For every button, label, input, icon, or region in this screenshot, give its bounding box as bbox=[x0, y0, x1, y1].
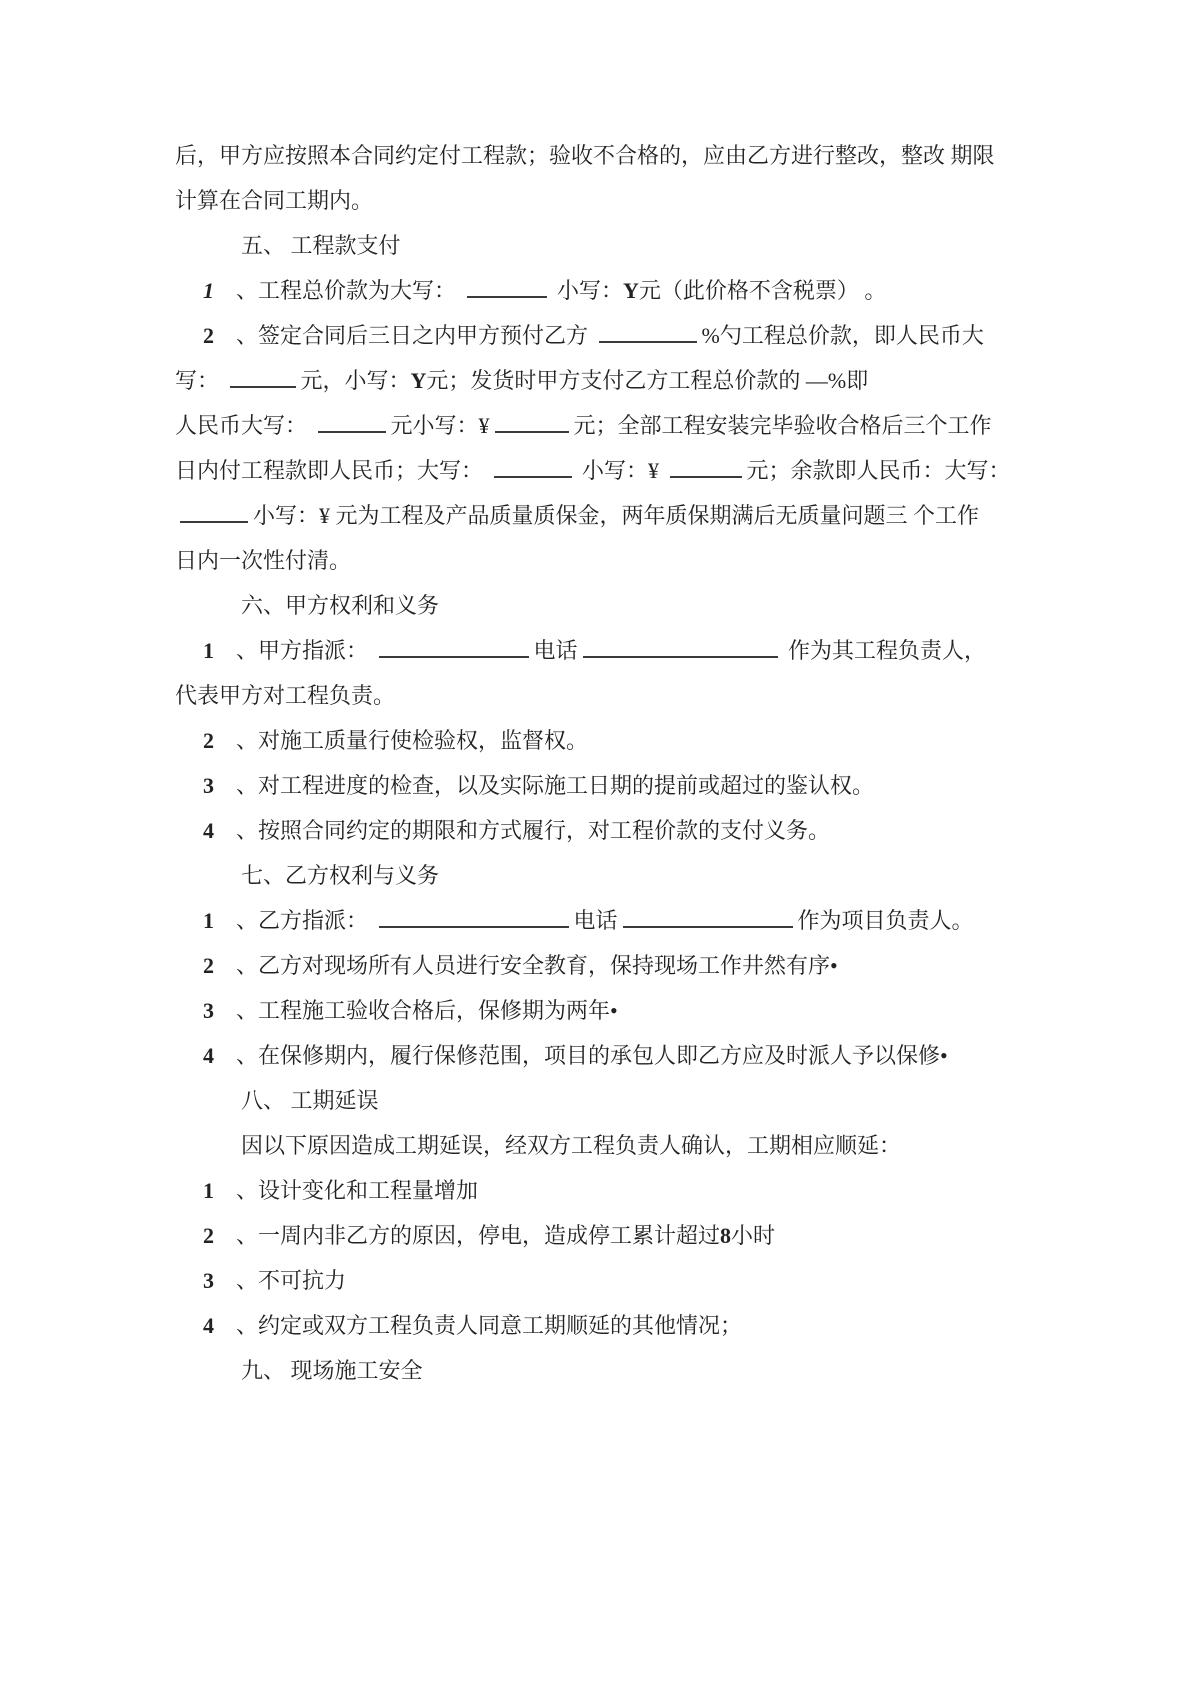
section-5-heading: 五、 工程款支付 bbox=[175, 223, 1046, 268]
text-run: 计算在合同工期内。 bbox=[175, 188, 373, 213]
item-number: 2 bbox=[203, 1213, 214, 1258]
item-number: 2 bbox=[203, 313, 214, 358]
fill-in-blank[interactable] bbox=[180, 495, 248, 523]
text-run: 、甲方指派： bbox=[236, 638, 374, 663]
text-run: 、工程总价款为大写： bbox=[236, 278, 462, 303]
text-run: 、乙方对现场所有人员进行安全教育，保持现场工作井然有序• bbox=[236, 953, 838, 978]
text-run: 日内一次性付清。 bbox=[175, 548, 351, 573]
fill-in-blank[interactable] bbox=[599, 315, 697, 343]
fill-in-blank[interactable] bbox=[318, 405, 386, 433]
payment-detail-line-1: 写： 元，小写：Y元；发货时甲方支付乙方工程总价款的 —%即 bbox=[175, 358, 1046, 403]
text-run: %勺工程总价款，即人民币大 bbox=[702, 323, 984, 348]
section-6-item-2: 2、对施工质量行使检验权，监督权。 bbox=[175, 718, 1046, 763]
text-run: 七、乙方权利与义务 bbox=[241, 863, 439, 888]
text-run: 、按照合同约定的期限和方式履行，对工程价款的支付义务。 bbox=[236, 818, 830, 843]
text-run: 、对施工质量行使检验权，监督权。 bbox=[236, 728, 588, 753]
payment-detail-line-4: 小写：¥ 元为工程及产品质量质保金，两年质保期满后无质量问题三 个工作 bbox=[175, 493, 1046, 538]
text-run: 元；全部工程安装完毕验收合格后三个工作 bbox=[574, 413, 992, 438]
section-6-item-1: 1、甲方指派： 电话 作为其工程负责人， bbox=[175, 628, 1046, 673]
section-9-heading: 九、 现场施工安全 bbox=[175, 1348, 1046, 1393]
payment-detail-line-2: 人民币大写： 元小写：¥元；全部工程安装完毕验收合格后三个工作 bbox=[175, 403, 1046, 448]
text-run: 代表甲方对工程负责。 bbox=[175, 683, 395, 708]
section-6-heading: 六、甲方权利和义务 bbox=[175, 583, 1046, 628]
document-page: 后，甲方应按照本合同约定付工程款；验收不合格的，应由乙方进行整改，整改 期限计算… bbox=[0, 0, 1194, 1691]
fill-in-blank[interactable] bbox=[230, 360, 296, 388]
text-run: 电话 bbox=[574, 908, 618, 933]
fill-in-blank[interactable] bbox=[379, 900, 569, 928]
text-run: 六、甲方权利和义务 bbox=[241, 593, 439, 618]
text-run: Y bbox=[623, 278, 639, 303]
text-run: 作为项目负责人。 bbox=[798, 908, 974, 933]
text-run: 小时 bbox=[731, 1223, 775, 1248]
text-run: 九、 现场施工安全 bbox=[241, 1358, 423, 1383]
text-run: 元（此价格不含税票） 。 bbox=[639, 278, 887, 303]
text-run: 小写：¥ 元为工程及产品质量质保金，两年质保期满后无质量问题三 个工作 bbox=[253, 503, 979, 528]
text-run: 小写： bbox=[552, 278, 624, 303]
item-number: 1 bbox=[203, 628, 214, 673]
item-number: 3 bbox=[203, 1258, 214, 1303]
fill-in-blank[interactable] bbox=[623, 900, 793, 928]
text-run: 五、 工程款支付 bbox=[241, 233, 401, 258]
fill-in-blank[interactable] bbox=[467, 270, 547, 298]
text-run: 、乙方指派： bbox=[236, 908, 374, 933]
section-7-item-1: 1、乙方指派： 电话作为项目负责人。 bbox=[175, 898, 1046, 943]
section-6-item-1-continuation: 代表甲方对工程负责。 bbox=[175, 673, 1046, 718]
text-run: Y bbox=[411, 368, 427, 393]
section-6-item-3: 3、对工程进度的检查，以及实际施工日期的提前或超过的鉴认权。 bbox=[175, 763, 1046, 808]
text-run: 作为其工程负责人， bbox=[783, 638, 987, 663]
item-number: 4 bbox=[203, 1303, 214, 1348]
item-number: 1 bbox=[203, 1168, 214, 1213]
item-number: 4 bbox=[203, 1033, 214, 1078]
section-7-heading: 七、乙方权利与义务 bbox=[175, 853, 1046, 898]
text-run: 元，小写： bbox=[301, 368, 411, 393]
item-number: 1 bbox=[203, 268, 214, 313]
text-run: 、约定或双方工程负责人同意工期顺延的其他情况； bbox=[236, 1313, 742, 1338]
text-run: 、签定合同后三日之内甲方预付乙方 bbox=[236, 323, 594, 348]
text-run: 因以下原因造成工期延误，经双方工程负责人确认，工期相应顺延： bbox=[241, 1133, 901, 1158]
text-run: 、设计变化和工程量增加 bbox=[236, 1178, 478, 1203]
section-7-item-4: 4、在保修期内，履行保修范围，项目的承包人即乙方应及时派人予以保修• bbox=[175, 1033, 1046, 1078]
section-5-item-1: 1、工程总价款为大写： 小写：Y元（此价格不含税票） 。 bbox=[175, 268, 1046, 313]
text-run: 元；余款即人民币：大写： bbox=[747, 458, 1011, 483]
section-7-item-3: 3、工程施工验收合格后，保修期为两年• bbox=[175, 988, 1046, 1033]
fill-in-blank[interactable] bbox=[670, 450, 742, 478]
section-8-item-2: 2、一周内非乙方的原因，停电，造成停工累计超过8小时 bbox=[175, 1213, 1046, 1258]
section-8-intro: 因以下原因造成工期延误，经双方工程负责人确认，工期相应顺延： bbox=[175, 1123, 1046, 1168]
text-run: 日内付工程款即人民币；大写： bbox=[175, 458, 489, 483]
text-run: 八、 工期延误 bbox=[241, 1088, 379, 1113]
section-8-item-4: 4、约定或双方工程负责人同意工期顺延的其他情况； bbox=[175, 1303, 1046, 1348]
item-number: 3 bbox=[203, 988, 214, 1033]
fill-in-blank[interactable] bbox=[495, 405, 569, 433]
clause-continuation-line-2: 计算在合同工期内。 bbox=[175, 178, 1046, 223]
fill-in-blank[interactable] bbox=[379, 630, 529, 658]
text-run: 元小写：¥ bbox=[391, 413, 490, 438]
item-number: 3 bbox=[203, 763, 214, 808]
text-run: 小写：¥ bbox=[577, 458, 665, 483]
section-8-item-3: 3、不可抗力 bbox=[175, 1258, 1046, 1303]
fill-in-blank[interactable] bbox=[494, 450, 572, 478]
text-run: 写： bbox=[175, 368, 225, 393]
text-run: 、工程施工验收合格后，保修期为两年• bbox=[236, 998, 618, 1023]
text-run: 人民币大写： bbox=[175, 413, 313, 438]
payment-closing-line: 日内一次性付清。 bbox=[175, 538, 1046, 583]
section-8-item-1: 1、设计变化和工程量增加 bbox=[175, 1168, 1046, 1213]
fill-in-blank[interactable] bbox=[583, 630, 778, 658]
text-run: 、对工程进度的检查，以及实际施工日期的提前或超过的鉴认权。 bbox=[236, 773, 874, 798]
item-number: 2 bbox=[203, 718, 214, 763]
item-number: 2 bbox=[203, 943, 214, 988]
text-run: 元；发货时甲方支付乙方工程总价款的 —%即 bbox=[426, 368, 868, 393]
section-6-item-4: 4、按照合同约定的期限和方式履行，对工程价款的支付义务。 bbox=[175, 808, 1046, 853]
payment-detail-line-3: 日内付工程款即人民币；大写： 小写：¥ 元；余款即人民币：大写： bbox=[175, 448, 1046, 493]
text-run: 电话 bbox=[534, 638, 578, 663]
text-run: 、一周内非乙方的原因，停电，造成停工累计超过 bbox=[236, 1223, 720, 1248]
section-7-item-2: 2、乙方对现场所有人员进行安全教育，保持现场工作井然有序• bbox=[175, 943, 1046, 988]
text-run: 后，甲方应按照本合同约定付工程款；验收不合格的，应由乙方进行整改，整改 期限 bbox=[175, 143, 995, 168]
item-number: 1 bbox=[203, 898, 214, 943]
text-run: 、在保修期内，履行保修范围，项目的承包人即乙方应及时派人予以保修• bbox=[236, 1043, 948, 1068]
clause-continuation-line-1: 后，甲方应按照本合同约定付工程款；验收不合格的，应由乙方进行整改，整改 期限 bbox=[175, 133, 1046, 178]
text-run: 8 bbox=[720, 1223, 731, 1248]
section-5-item-2: 2、签定合同后三日之内甲方预付乙方 %勺工程总价款，即人民币大 bbox=[175, 313, 1046, 358]
text-run: 、不可抗力 bbox=[236, 1268, 346, 1293]
section-8-heading: 八、 工期延误 bbox=[175, 1078, 1046, 1123]
item-number: 4 bbox=[203, 808, 214, 853]
